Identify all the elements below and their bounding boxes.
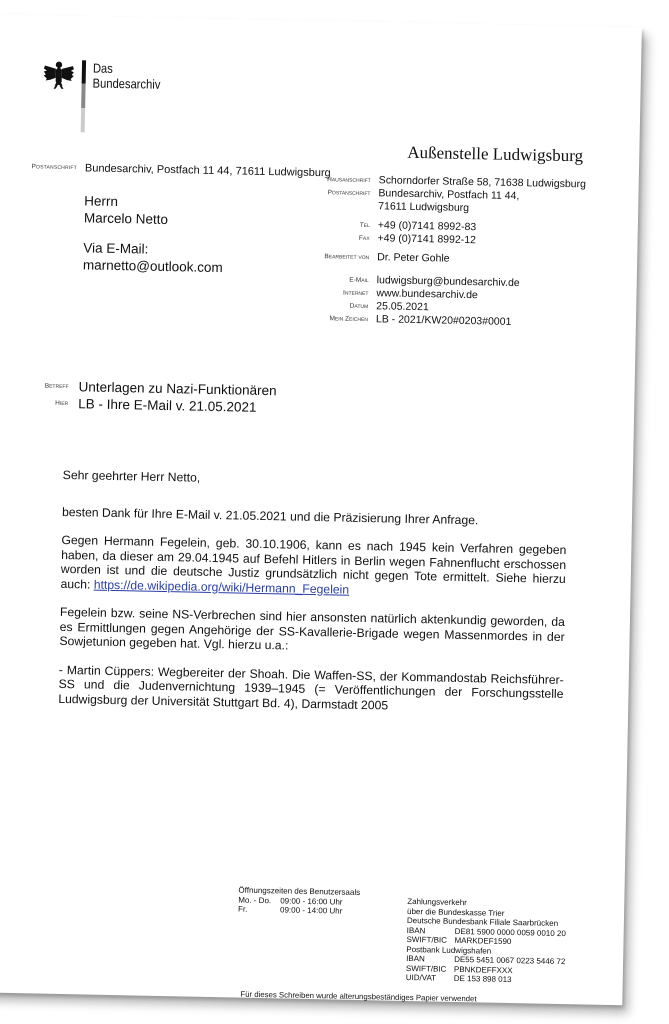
hours-day-2: Fr. [238, 905, 280, 915]
subject-block: Betreff Unterlagen zu Nazi-Funktionären … [0, 377, 277, 417]
sender-label: Postanschrift [0, 163, 77, 172]
paragraph-4: - Martin Cüppers: Wegbereiter der Shoah.… [58, 662, 564, 716]
paragraph-3: Fegelein bzw. seine NS-Verbrechen sind h… [59, 605, 565, 659]
bearbeitet-label: Bearbeitet von [295, 250, 377, 265]
payment-info: Zahlungsverkehr über die Bundeskasse Tri… [406, 897, 567, 986]
recipient-block: Herrn Marcelo Netto Via E-Mail: marnetto… [83, 192, 224, 276]
datum-value: 25.05.2021 [376, 300, 429, 314]
fax-label: Fax [295, 231, 377, 246]
paragraph-1: besten Dank für Ihre E-Mail v. 21.05.202… [62, 504, 567, 529]
federal-eagle-icon [41, 57, 76, 92]
sender-address: Bundesarchiv, Postfach 11 44, 71611 Ludw… [85, 162, 331, 179]
photo-background: Das Bundesarchiv Außenstelle Ludwigsburg… [0, 0, 669, 1024]
logo-line-1: Das [93, 60, 161, 76]
logo-line-2: Bundesarchiv [92, 75, 160, 91]
logo-wordmark: Das Bundesarchiv [92, 60, 160, 91]
betreff-label: Betreff [0, 377, 79, 396]
zeichen-label: Mein Zeichen [294, 312, 376, 327]
branch-title: Außenstelle Ludwigsburg [407, 143, 583, 167]
bic-1-value: MARKDEF1590 [454, 936, 511, 947]
logo-bar [81, 60, 86, 132]
postanschrift-value-2: 71611 Ludwigsburg [378, 200, 469, 215]
paragraph-2: Gegen Hermann Fegelein, geb. 30.10.1906,… [60, 533, 566, 601]
hier-value: LB - Ihre E-Mail v. 21.05.2021 [78, 395, 257, 416]
bearbeitet-value: Dr. Peter Gohle [377, 251, 450, 265]
info-block: Hausanschrift Schorndorfer Straße 58, 71… [294, 173, 586, 331]
vat-label: UID/VAT [406, 973, 454, 983]
recipient-name: Marcelo Netto [84, 209, 224, 229]
fax-value: +49 (0)7141 8992-12 [377, 232, 476, 247]
paper-note: Für dieses Schreiben wurde alterungsbest… [240, 990, 476, 1004]
hours-time-2: 09:00 - 14:00 Uhr [280, 905, 342, 916]
hier-label: Hier [0, 394, 78, 413]
opening-hours: Öffnungszeiten des Benutzersaals Mo. - D… [238, 886, 360, 917]
zeichen-value: LB - 2021/KW20#0203#0001 [376, 313, 512, 329]
letter-page: Das Bundesarchiv Außenstelle Ludwigsburg… [0, 14, 642, 1005]
bic-1-label: SWIFT/BIC [406, 935, 454, 945]
vat-value: DE 153 898 013 [454, 974, 512, 985]
recipient-email: marnetto@outlook.com [83, 256, 223, 276]
salutation: Sehr geehrter Herr Netto, [63, 468, 568, 493]
letter-body: Sehr geehrter Herr Netto, besten Dank fü… [58, 468, 568, 730]
